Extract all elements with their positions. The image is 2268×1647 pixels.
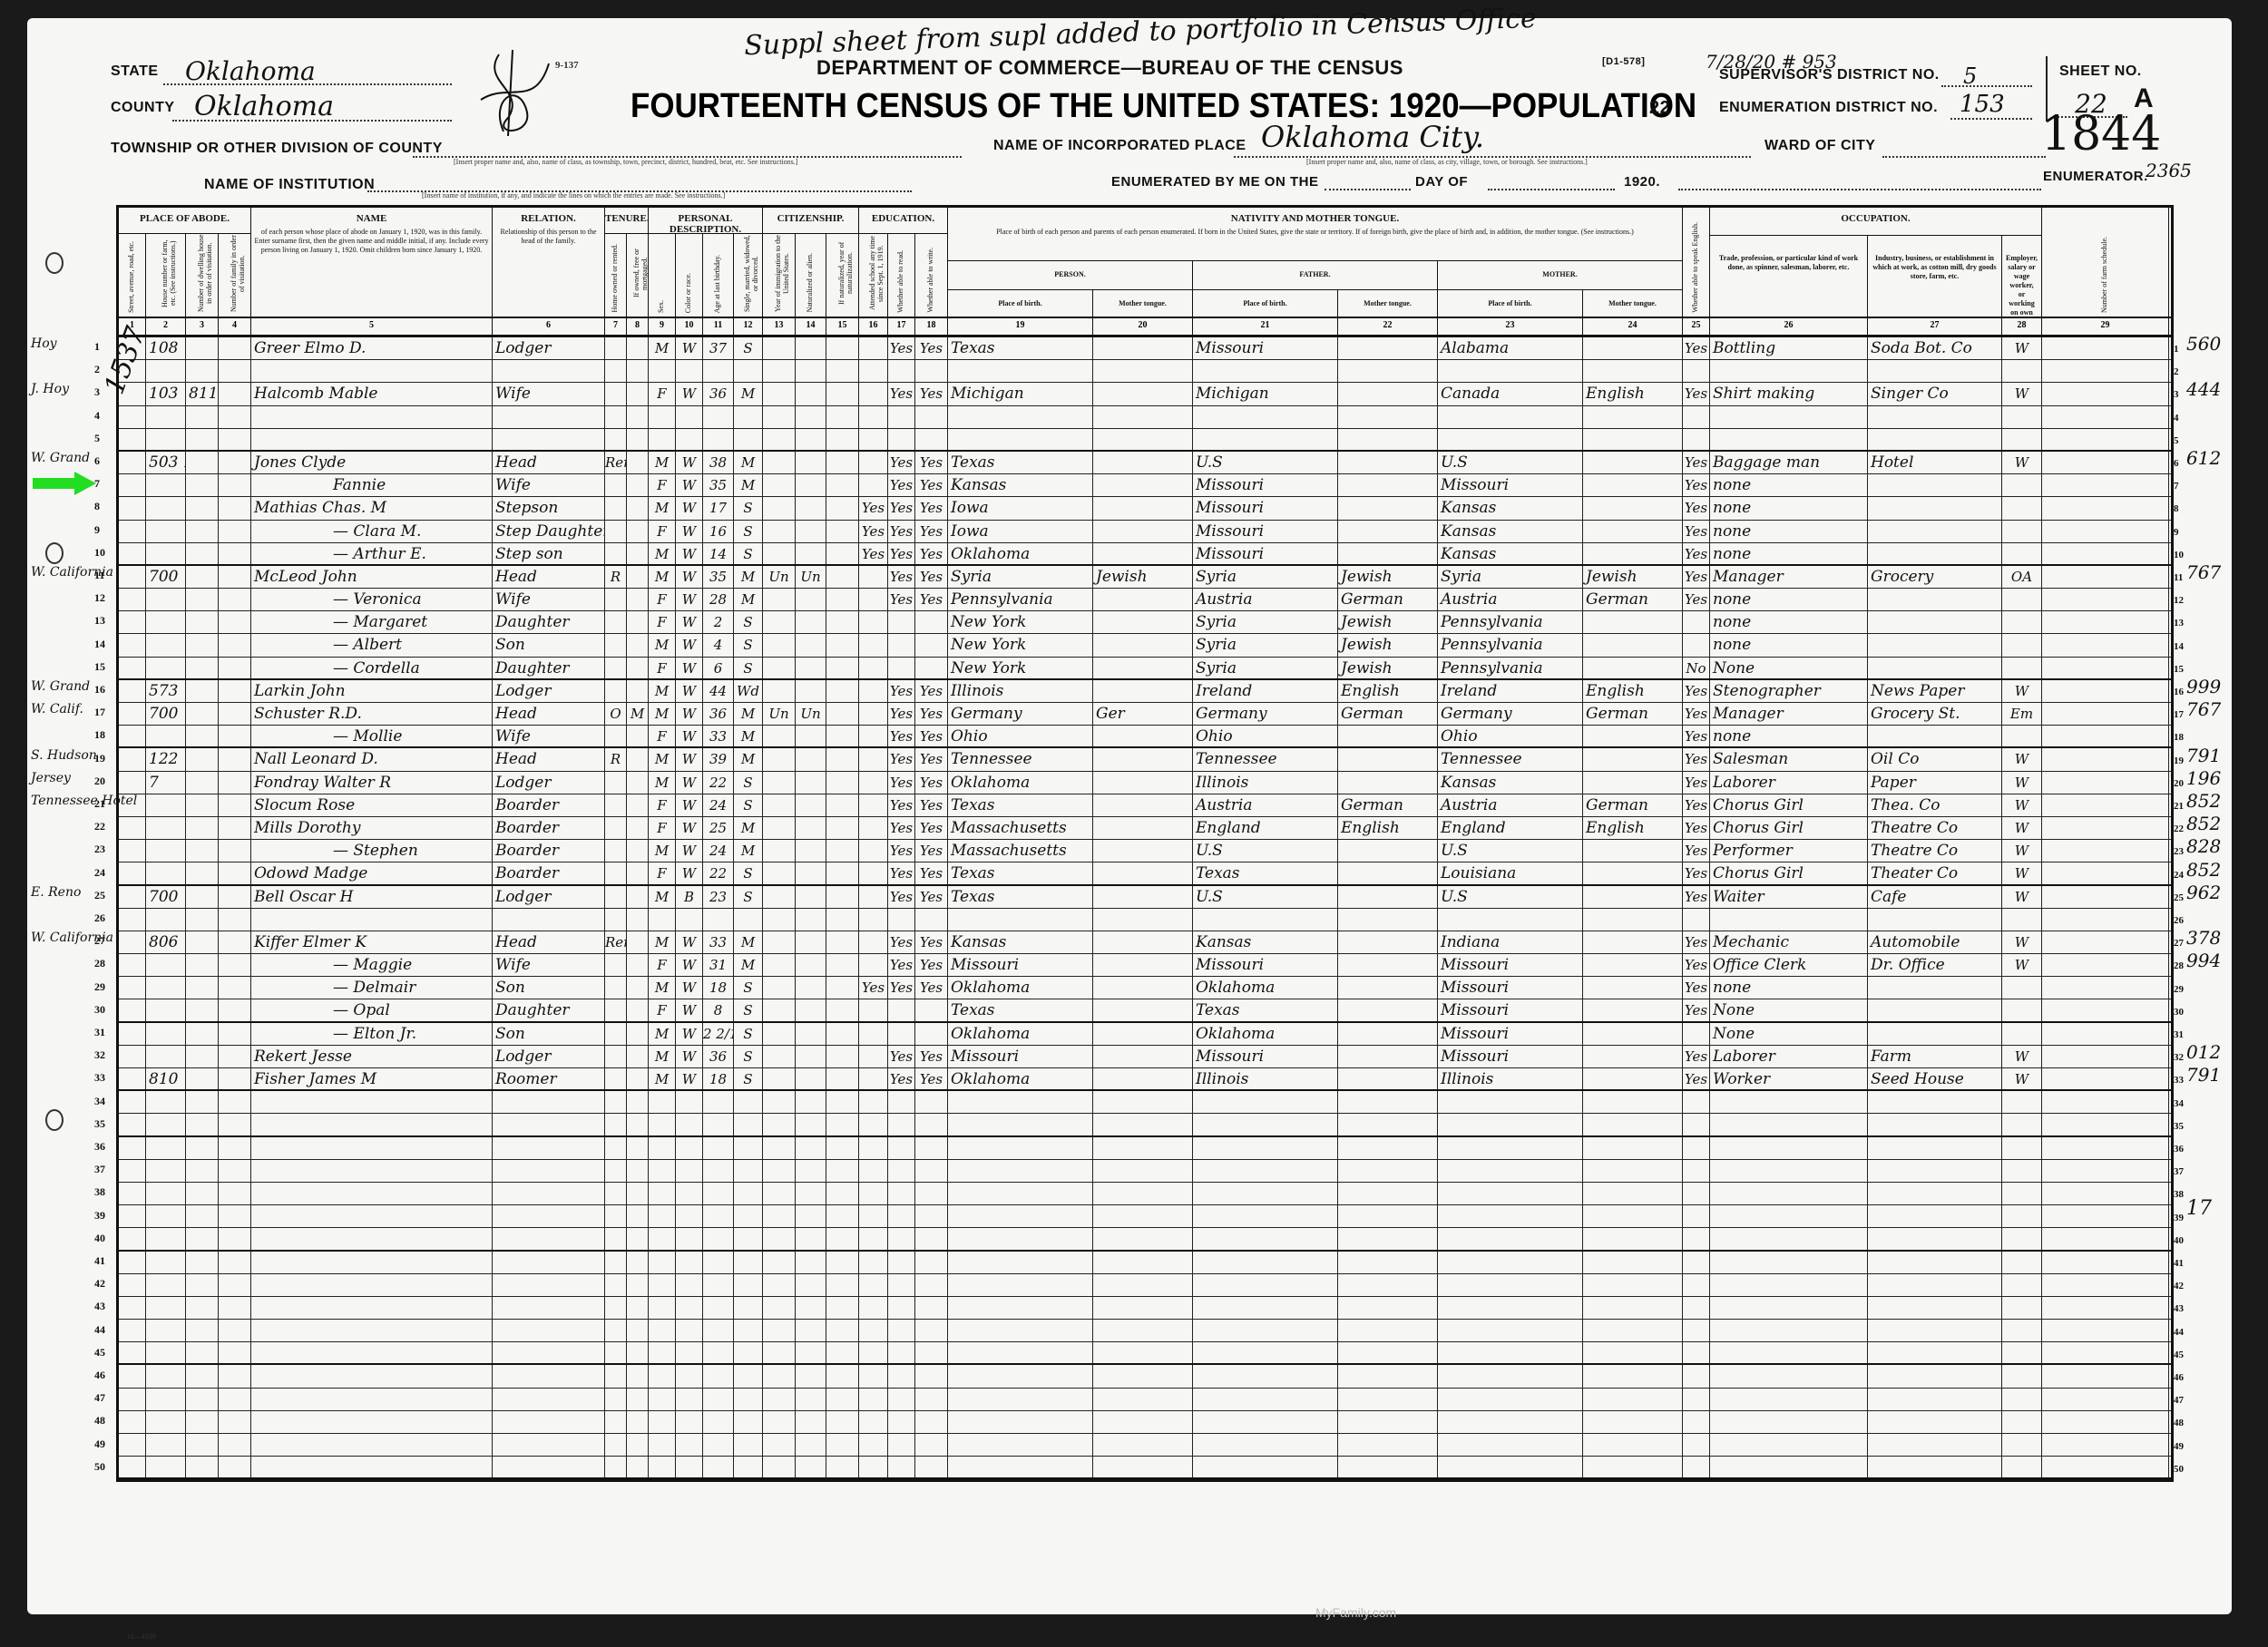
cell-fpob: [1193, 1297, 1338, 1319]
occupation-code: 999: [2186, 676, 2221, 697]
cell-mpob: Missouri: [1438, 999, 1583, 1020]
cell-pob: [948, 1434, 1093, 1456]
cell-industry: [1868, 429, 2002, 450]
cell-nat: Un: [796, 703, 826, 725]
column-number: 8: [627, 318, 649, 335]
cell-school: [859, 909, 888, 931]
cell-marital: [734, 1411, 763, 1433]
cell-trade: [1710, 1297, 1868, 1319]
cell-dwelling: [186, 1228, 219, 1249]
cell-relation: [493, 1274, 605, 1296]
cell-class: W: [2002, 748, 2042, 770]
cell-age: [703, 1205, 734, 1227]
cell-nat: [796, 1137, 826, 1159]
cell-race: [676, 1297, 703, 1319]
cell-natyr: [826, 634, 859, 656]
cell-read: Yes: [888, 1046, 915, 1067]
cell-farm: [2042, 1320, 2169, 1341]
cell-read: [888, 1252, 915, 1273]
cell-fpob: Missouri: [1193, 337, 1338, 359]
cell-family: [219, 566, 251, 588]
cell-age: 39: [703, 748, 734, 770]
cell-pob: [948, 1114, 1093, 1135]
cell-mort: [627, 543, 649, 564]
cell-imm: [763, 1091, 796, 1113]
cell-nat: [796, 862, 826, 883]
table-row: — MargaretDaughterFW2SNew YorkSyriaJewis…: [119, 611, 2171, 634]
header-vertical-label: Street, avenue, road, etc.: [127, 241, 135, 313]
cell-read: [888, 1160, 915, 1182]
cell-house: [146, 1274, 186, 1296]
cell-dwelling: [186, 634, 219, 656]
cell-sex: [649, 1091, 676, 1113]
cell-house: [146, 1046, 186, 1067]
cell-read: [888, 1274, 915, 1296]
cell-industry: [1868, 1091, 2002, 1113]
cell-pob: Texas: [948, 862, 1093, 883]
cell-imm: [763, 1411, 796, 1433]
cell-sex: [649, 1389, 676, 1410]
cell-dwelling: [186, 862, 219, 883]
cell-english: Yes: [1683, 474, 1710, 496]
cell-farm: [2042, 1434, 2169, 1456]
line-number-left: 4: [94, 409, 100, 423]
cell-age: [703, 1389, 734, 1410]
cell-industry: [1868, 1205, 2002, 1227]
cell-mort: [627, 452, 649, 473]
cell-mtongue: [1583, 1137, 1683, 1159]
cell-pob: [948, 1457, 1093, 1477]
cell-nat: [796, 931, 826, 953]
cell-own: [605, 1389, 627, 1410]
cell-class: [2002, 999, 2042, 1020]
cell-street: [119, 566, 146, 588]
line-number-right: 11: [2174, 572, 2183, 583]
cell-house: [146, 1297, 186, 1319]
enumerated-label: ENUMERATED BY ME ON THE: [1111, 174, 1318, 190]
cell-mort: [627, 1434, 649, 1456]
cell-own: [605, 1411, 627, 1433]
ward-value: 1844: [2041, 107, 2161, 161]
line-number-right: 9: [2174, 527, 2179, 538]
line-number-left: 18: [94, 728, 105, 742]
cell-relation: Head: [493, 566, 605, 588]
cell-marital: S: [734, 521, 763, 542]
cell-pob: Texas: [948, 886, 1093, 908]
cell-trade: Salesman: [1710, 748, 1868, 770]
cell-imm: [763, 954, 796, 976]
punch-hole-icon: [45, 1109, 64, 1131]
cell-mort: [627, 1365, 649, 1387]
cell-street: [119, 1114, 146, 1135]
cell-school: [859, 840, 888, 862]
cell-fpob: Oklahoma: [1193, 977, 1338, 999]
cell-fpob: [1193, 1457, 1338, 1477]
cell-natyr: [826, 1320, 859, 1341]
cell-name: Rekert Jesse: [251, 1046, 493, 1067]
line-number-right: 6: [2174, 458, 2179, 469]
line-number-right: 32: [2174, 1052, 2184, 1063]
cell-english: Yes: [1683, 703, 1710, 725]
cell-industry: [1868, 999, 2002, 1020]
cell-class: [2002, 406, 2042, 428]
cell-age: 35: [703, 566, 734, 588]
line-number-right: 46: [2174, 1372, 2184, 1383]
cell-own: [605, 794, 627, 816]
cell-sex: M: [649, 452, 676, 473]
cell-mort: [627, 977, 649, 999]
cell-imm: [763, 1297, 796, 1319]
cell-house: [146, 1457, 186, 1477]
cell-marital: M: [734, 817, 763, 839]
cell-class: W: [2002, 794, 2042, 816]
cell-street: [119, 840, 146, 862]
cell-mpob: [1438, 1091, 1583, 1113]
cell-imm: [763, 862, 796, 883]
cell-fpob: U.S: [1193, 886, 1338, 908]
table-row: [119, 1137, 2171, 1160]
line-number-right: 38: [2174, 1189, 2184, 1200]
cell-natyr: [826, 589, 859, 610]
cell-class: OA: [2002, 566, 2042, 588]
cell-school: [859, 1160, 888, 1182]
cell-dwelling: [186, 360, 219, 382]
cell-mtongue: English: [1583, 817, 1683, 839]
cell-mpob: U.S: [1438, 452, 1583, 473]
cell-ftongue: [1338, 886, 1438, 908]
cell-relation: Daughter: [493, 658, 605, 678]
cell-relation: [493, 1137, 605, 1159]
line-number-left: 44: [94, 1323, 105, 1337]
cell-mpob: Pennsylvania: [1438, 634, 1583, 656]
cell-marital: [734, 1365, 763, 1387]
cell-dwelling: [186, 703, 219, 725]
institution-hint: [Insert name of institution, if any, and…: [422, 191, 921, 200]
cell-english: [1683, 406, 1710, 428]
cell-read: [888, 1114, 915, 1135]
cell-name: Larkin John: [251, 680, 493, 702]
cell-imm: [763, 360, 796, 382]
cell-natyr: [826, 452, 859, 473]
cell-class: [2002, 1228, 2042, 1249]
line-number-left: 48: [94, 1414, 105, 1428]
cell-mort: [627, 886, 649, 908]
cell-mort: [627, 1274, 649, 1296]
cell-relation: Daughter: [493, 611, 605, 633]
street-annotation: Jersey: [31, 771, 71, 785]
line-number-left: 12: [94, 591, 105, 605]
cell-farm: [2042, 726, 2169, 746]
cell-mtongue: [1583, 1365, 1683, 1387]
cell-dwelling: [186, 474, 219, 496]
cell-farm: [2042, 1389, 2169, 1410]
cell-english: [1683, 611, 1710, 633]
cell-street: [119, 772, 146, 794]
cell-nat: Un: [796, 566, 826, 588]
cell-dwelling: [186, 589, 219, 610]
cell-read: [888, 634, 915, 656]
cell-tongue: [1093, 1365, 1193, 1387]
cell-write: [915, 999, 948, 1020]
cell-english: [1683, 1342, 1710, 1363]
cell-industry: [1868, 1160, 2002, 1182]
cell-mort: [627, 1252, 649, 1273]
cell-tongue: [1093, 1228, 1193, 1249]
cell-age: [703, 1274, 734, 1296]
cell-name: [251, 909, 493, 931]
cell-marital: S: [734, 337, 763, 359]
line-number-left: 36: [94, 1140, 105, 1154]
cell-mort: [627, 931, 649, 953]
line-number-left: 45: [94, 1346, 105, 1360]
cell-fpob: Syria: [1193, 611, 1338, 633]
cell-pob: New York: [948, 658, 1093, 678]
nativity-subgroup: FATHER.: [1193, 260, 1438, 289]
cell-dwelling: [186, 1205, 219, 1227]
cell-write: Yes: [915, 772, 948, 794]
cell-dwelling: 811 W: [186, 383, 219, 404]
cell-name: [251, 1320, 493, 1341]
cell-fpob: Germany: [1193, 703, 1338, 725]
cell-natyr: [826, 680, 859, 702]
cell-street: [119, 1252, 146, 1273]
cell-relation: [493, 1434, 605, 1456]
cell-mpob: Missouri: [1438, 954, 1583, 976]
cell-marital: [734, 429, 763, 450]
cell-industry: [1868, 909, 2002, 931]
cell-natyr: [826, 1365, 859, 1387]
cell-sex: M: [649, 337, 676, 359]
cell-own: [605, 658, 627, 678]
cell-natyr: [826, 1023, 859, 1045]
cell-farm: [2042, 634, 2169, 656]
cell-name: Fisher James M: [251, 1068, 493, 1089]
cell-relation: Boarder: [493, 862, 605, 883]
cell-imm: [763, 931, 796, 953]
cell-natyr: [826, 1228, 859, 1249]
cell-sex: [649, 1320, 676, 1341]
cell-house: 700: [146, 566, 186, 588]
cell-name: — Maggie: [251, 954, 493, 976]
cell-english: Yes: [1683, 1046, 1710, 1067]
cell-pob: Syria: [948, 566, 1093, 588]
cell-ftongue: [1338, 452, 1438, 473]
cell-race: W: [676, 1023, 703, 1045]
table-row: — AlbertSonMW4SNew YorkSyriaJewishPennsy…: [119, 634, 2171, 657]
cell-race: W: [676, 566, 703, 588]
cell-mtongue: [1583, 1205, 1683, 1227]
cell-race: W: [676, 1046, 703, 1067]
cell-sex: [649, 909, 676, 931]
cell-family: [219, 1228, 251, 1249]
table-row: FannieWifeFW35MYesYesKansasMissouriMisso…: [119, 474, 2171, 497]
cell-imm: [763, 1389, 796, 1410]
cell-street: [119, 954, 146, 976]
cell-sex: M: [649, 931, 676, 953]
cell-own: [605, 1114, 627, 1135]
cell-mpob: Germany: [1438, 703, 1583, 725]
cell-family: [219, 1160, 251, 1182]
header-vertical-label: Home owned or rented.: [611, 244, 619, 313]
cell-pob: [948, 1205, 1093, 1227]
table-row: [119, 1320, 2171, 1342]
cell-fpob: [1193, 406, 1338, 428]
cell-age: [703, 1137, 734, 1159]
cell-house: [146, 794, 186, 816]
cell-trade: Waiter: [1710, 886, 1868, 908]
cell-mpob: Syria: [1438, 566, 1583, 588]
cell-imm: [763, 337, 796, 359]
cell-tongue: [1093, 497, 1193, 519]
cell-sex: M: [649, 748, 676, 770]
cell-farm: [2042, 1365, 2169, 1387]
cell-tongue: Ger: [1093, 703, 1193, 725]
line-number-left: 33: [94, 1071, 105, 1085]
cell-mtongue: German: [1583, 703, 1683, 725]
cell-tongue: [1093, 748, 1193, 770]
cell-ftongue: German: [1338, 794, 1438, 816]
cell-sex: F: [649, 999, 676, 1020]
cell-pob: [948, 406, 1093, 428]
cell-house: [146, 1205, 186, 1227]
cell-dwelling: [186, 1274, 219, 1296]
cell-marital: [734, 1205, 763, 1227]
cell-farm: [2042, 909, 2169, 931]
street-annotation: J. Hoy: [31, 382, 69, 396]
cell-street: [119, 1137, 146, 1159]
table-row: [119, 1205, 2171, 1228]
cell-family: [219, 521, 251, 542]
cell-pob: Missouri: [948, 954, 1093, 976]
cell-age: 33: [703, 726, 734, 746]
cell-own: [605, 977, 627, 999]
incorporated-hint: [Insert proper name and, also, name of c…: [1306, 158, 1760, 166]
cell-tongue: [1093, 429, 1193, 450]
cell-class: W: [2002, 931, 2042, 953]
cell-sex: F: [649, 794, 676, 816]
cell-relation: Boarder: [493, 817, 605, 839]
cell-fpob: Ohio: [1193, 726, 1338, 746]
cell-farm: [2042, 566, 2169, 588]
cell-own: [605, 1274, 627, 1296]
line-number-right: 22: [2174, 823, 2184, 834]
header-vertical-label: Age at last birthday.: [713, 255, 721, 313]
enumerator-value: 2365: [2146, 160, 2192, 181]
table-row: [119, 406, 2171, 429]
cell-ftongue: Jewish: [1338, 658, 1438, 678]
cell-tongue: [1093, 1023, 1193, 1045]
cell-street: [119, 1183, 146, 1204]
cell-industry: News Paper: [1868, 680, 2002, 702]
cell-nat: [796, 886, 826, 908]
cell-house: [146, 1252, 186, 1273]
cell-relation: [493, 1320, 605, 1341]
cell-school: [859, 1320, 888, 1341]
cell-age: 4: [703, 634, 734, 656]
cell-read: [888, 1297, 915, 1319]
cell-marital: M: [734, 954, 763, 976]
cell-imm: [763, 794, 796, 816]
cell-tongue: [1093, 999, 1193, 1020]
cell-school: [859, 1365, 888, 1387]
cell-tongue: [1093, 772, 1193, 794]
cell-trade: None: [1710, 658, 1868, 678]
cell-english: [1683, 634, 1710, 656]
cell-industry: Farm: [1868, 1046, 2002, 1067]
cell-pob: [948, 1228, 1093, 1249]
line-number-right: 28: [2174, 960, 2184, 971]
header-group: Whether able to speak English.: [1683, 208, 1710, 335]
cell-english: [1683, 1434, 1710, 1456]
cell-class: [2002, 611, 2042, 633]
cell-house: [146, 1091, 186, 1113]
cell-english: [1683, 909, 1710, 931]
cell-own: [605, 862, 627, 883]
cell-mort: [627, 611, 649, 633]
cell-fpob: [1193, 1365, 1338, 1387]
cell-nat: [796, 1365, 826, 1387]
cell-trade: Manager: [1710, 703, 1868, 725]
cell-mtongue: [1583, 521, 1683, 542]
cell-class: [2002, 909, 2042, 931]
cell-age: 22: [703, 772, 734, 794]
cell-tongue: [1093, 1046, 1193, 1067]
cell-english: Yes: [1683, 840, 1710, 862]
cell-trade: None: [1710, 999, 1868, 1020]
cell-race: W: [676, 474, 703, 496]
cell-write: Yes: [915, 521, 948, 542]
cell-nat: [796, 1389, 826, 1410]
cell-pob: [948, 360, 1093, 382]
cell-dwelling: [186, 497, 219, 519]
cell-ftongue: [1338, 909, 1438, 931]
cell-street: [119, 726, 146, 746]
cell-trade: [1710, 1205, 1868, 1227]
cell-sex: M: [649, 543, 676, 564]
cell-natyr: [826, 772, 859, 794]
line-number-right: 41: [2174, 1258, 2184, 1269]
header-group-title: EDUCATION.: [859, 208, 947, 224]
cell-ftongue: [1338, 383, 1438, 404]
cell-industry: Hotel: [1868, 452, 2002, 473]
cell-marital: S: [734, 862, 763, 883]
cell-write: Yes: [915, 383, 948, 404]
cell-ftongue: [1338, 521, 1438, 542]
cell-marital: S: [734, 886, 763, 908]
cell-name: Mills Dorothy: [251, 817, 493, 839]
cell-trade: [1710, 909, 1868, 931]
cell-industry: Thea. Co: [1868, 794, 2002, 816]
cell-marital: [734, 1342, 763, 1363]
cell-nat: [796, 1297, 826, 1319]
cell-house: [146, 474, 186, 496]
cell-own: [605, 1137, 627, 1159]
line-number-right: 42: [2174, 1281, 2184, 1291]
cell-ftongue: [1338, 337, 1438, 359]
cell-read: [888, 1183, 915, 1204]
table-row: — MollieWifeFW33MYesYesOhioOhioOhioYesno…: [119, 726, 2171, 748]
cell-own: [605, 1457, 627, 1477]
cell-own: [605, 634, 627, 656]
cell-ftongue: [1338, 1046, 1438, 1067]
cell-family: [219, 1023, 251, 1045]
cell-own: [605, 406, 627, 428]
cell-family: [219, 1274, 251, 1296]
table-row: [119, 429, 2171, 452]
cell-race: W: [676, 634, 703, 656]
cell-pob: Oklahoma: [948, 543, 1093, 564]
line-number-left: 37: [94, 1163, 105, 1176]
